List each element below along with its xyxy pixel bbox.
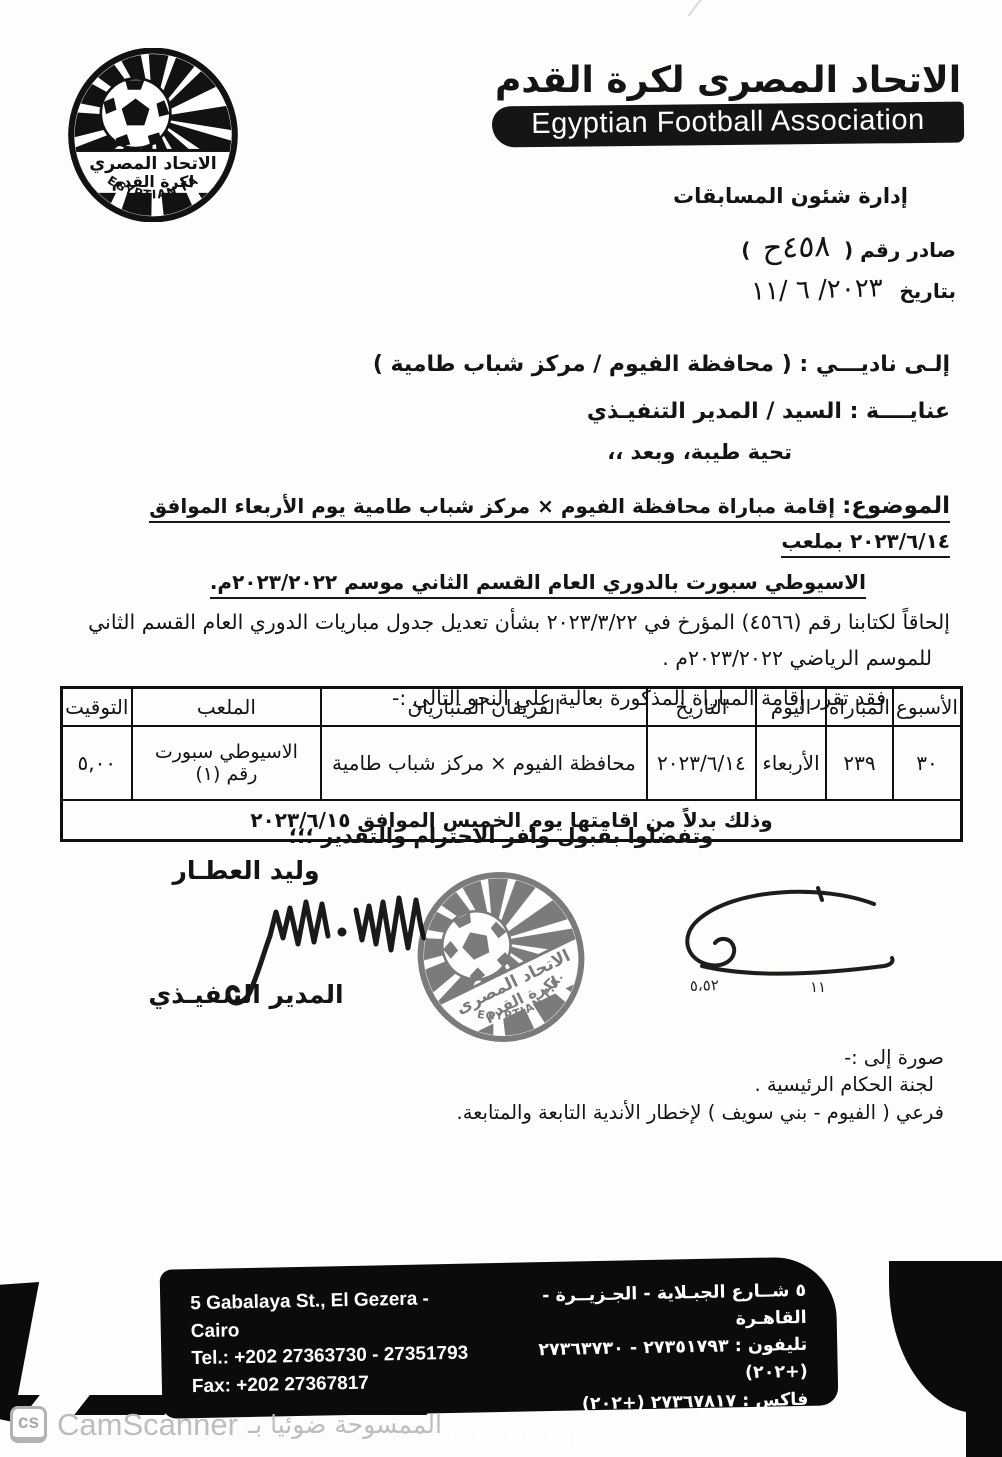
cc-block: صورة إلى :- لجنة الحكام الرئيسية . فرعي … [457, 1044, 945, 1126]
annotation-numbers-left: ٥،٥٢ [690, 976, 720, 995]
footer-english-contacts: 5 Gabalaya St., El Gezera - Cairo Tel.: … [190, 1284, 477, 1425]
logo-arabic-line1: الاتحاد المصري [89, 154, 217, 174]
issue-number-handwritten: ٤٥٨ح [756, 229, 838, 267]
footer-arabic-contacts: ٥ شــارع الجبـلاية - الجـزيــرة - القاهـ… [474, 1278, 808, 1420]
table-data-row: ٣٠ ٢٣٩ الأربعاء ٢٠٢٣/٦/١٤ محافظة الفيوم … [62, 726, 962, 800]
footer-address-ar: ٥ شــارع الجبـلاية - الجـزيــرة - القاهـ… [474, 1278, 807, 1339]
cell-date: ٢٠٢٣/٦/١٤ [647, 726, 756, 800]
issue-date-line: بتاريخ ٢٠٢٣/ ٦ /١١ [741, 275, 956, 305]
team-home: محافظة الفيوم [513, 751, 636, 775]
department-name: إدارة شئون المسابقات [673, 184, 908, 208]
col-match: المباراة [826, 688, 893, 727]
col-teams: الفريقان المتباريان [321, 688, 646, 727]
footer-fax-ar: فاكس : ٢٧٣٦٧٨١٧ (+٢٠٢) [476, 1386, 808, 1420]
cell-day: الأربعاء [756, 726, 826, 800]
match-schedule-table: الأسبوع المباراة اليوم التاريخ الفريقان … [60, 686, 963, 842]
recipient-to-line: إلـى ناديـــي : ( محافظة الفيوم / مركز ش… [60, 352, 950, 377]
issue-number-line: صادر رقم ( ٤٥٨ح ) [741, 230, 956, 265]
col-date: التاريخ [647, 688, 756, 727]
greeting-line: تحية طيبة، وبعد ،، [60, 440, 950, 464]
subject-label: الموضوع: [842, 493, 950, 519]
efa-stamp: الاتحاد المصرى لكرة القدم EGYPTIAN F.A. [385, 838, 618, 1076]
footer-address-en: 5 Gabalaya St., El Gezera - Cairo [190, 1284, 475, 1345]
col-day: اليوم [756, 688, 826, 727]
soccer-ball [101, 78, 171, 148]
footer-fax-en: Fax: +202 27367817 [192, 1367, 477, 1400]
camscanner-arabic-text: الممسوحة ضوئيا بـ [248, 1410, 442, 1439]
subject-line2: الاسيوطي سبورت بالدوري العام القسم الثان… [62, 570, 950, 594]
versus-sign: × [490, 751, 507, 775]
cc-line-referees: لجنة الحكام الرئيسية . [457, 1071, 945, 1098]
efa-logo: الاتحاد المصري لكرة القدم EGYPTIAN FA [62, 48, 244, 222]
body-paragraph-1: إلحاقاً لكتابنا رقم (٤٥٦٦) المؤرخ في ٢٠٢… [62, 609, 950, 637]
cc-label: صورة إلى :- [457, 1044, 945, 1071]
cc-line-branches: فرعي ( الفيوم - بني سويف ) لإخطار الأندي… [457, 1099, 945, 1126]
issue-date-handwritten: ٢٠٢٣/ ٦ /١١ [740, 273, 893, 307]
body-paragraph-2: للموسم الرياضي ٢٠٢٣/٢٠٢٢م . [62, 645, 950, 673]
org-title-english-banner: Egyptian Football Association [492, 102, 964, 148]
subject-text: إقامة مباراة محافظة الفيوم × مركز شباب ط… [149, 494, 950, 553]
scan-edge-artifact-right-tail [966, 1398, 1002, 1457]
col-venue: الملعب [132, 688, 322, 727]
footer-tel-en: Tel.: +202 27363730 - 27351793 [191, 1340, 476, 1373]
letterhead: الاتحاد المصرى لكرة القدم Egyptian Footb… [492, 60, 964, 145]
signer-name: وليد العطـار [128, 856, 364, 885]
letter-body: الموضوع: إقامة مباراة محافظة الفيوم × مر… [62, 488, 950, 713]
cell-match: ٢٣٩ [826, 726, 893, 800]
recipient-block: إلـى ناديـــي : ( محافظة الفيوم / مركز ش… [60, 352, 950, 464]
issue-date-label: بتاريخ [899, 279, 956, 303]
camscanner-brand-text: CamScanner [57, 1407, 238, 1443]
col-time: التوقيت [62, 688, 132, 727]
col-week: الأسبوع [893, 688, 962, 727]
scanned-letter-page: الاتحاد المصري لكرة القدم EGYPTIAN FA ال… [0, 0, 1002, 1457]
cell-time: ٥,٠٠ [62, 726, 132, 800]
subject-line1: الموضوع: إقامة مباراة محافظة الفيوم × مر… [62, 488, 950, 557]
cell-teams: محافظة الفيوم × مركز شباب طامية [321, 726, 646, 800]
org-title-arabic: الاتحاد المصرى لكرة القدم [492, 60, 964, 101]
issue-number-close: ) [741, 238, 750, 262]
team-away: مركز شباب طامية [332, 751, 484, 775]
camscanner-watermark: cs CamScanner الممسوحة ضوئيا بـ [10, 1406, 442, 1443]
recipient-attention-line: عنايــــة : السيد / المدير التنفيـذي [60, 399, 950, 424]
annotation-numbers-right: ١١ [810, 978, 826, 996]
table-header-row: الأسبوع المباراة اليوم التاريخ الفريقان … [62, 688, 962, 727]
cell-venue: الاسيوطي سبورت رقم (١) [132, 726, 322, 800]
signer-title: المدير التنفيـذي [128, 980, 364, 1009]
issue-block: صادر رقم ( ٤٥٨ح ) بتاريخ ٢٠٢٣/ ٦ /١١ [741, 230, 956, 315]
cell-week: ٣٠ [893, 726, 962, 800]
scan-scratch-mark [687, 0, 722, 31]
issue-number-label: صادر رقم ( [844, 238, 956, 262]
closing-salutation: وتفضلوا بقبول وافر الاحترام والتقدير ؛؛؛ [0, 824, 1002, 848]
scan-edge-artifact-right [889, 1261, 1002, 1413]
camscanner-icon: cs [10, 1406, 47, 1443]
footer-tel-ar: تليفون : ٢٧٣٥١٧٩٣ - ٢٧٣٦٣٧٣٠ (+٢٠٢) [475, 1332, 808, 1393]
footer-contact-block: 5 Gabalaya St., El Gezera - Cairo Tel.: … [160, 1256, 839, 1419]
handwritten-annotation: ٥،٥٢ ١١ [642, 880, 922, 998]
